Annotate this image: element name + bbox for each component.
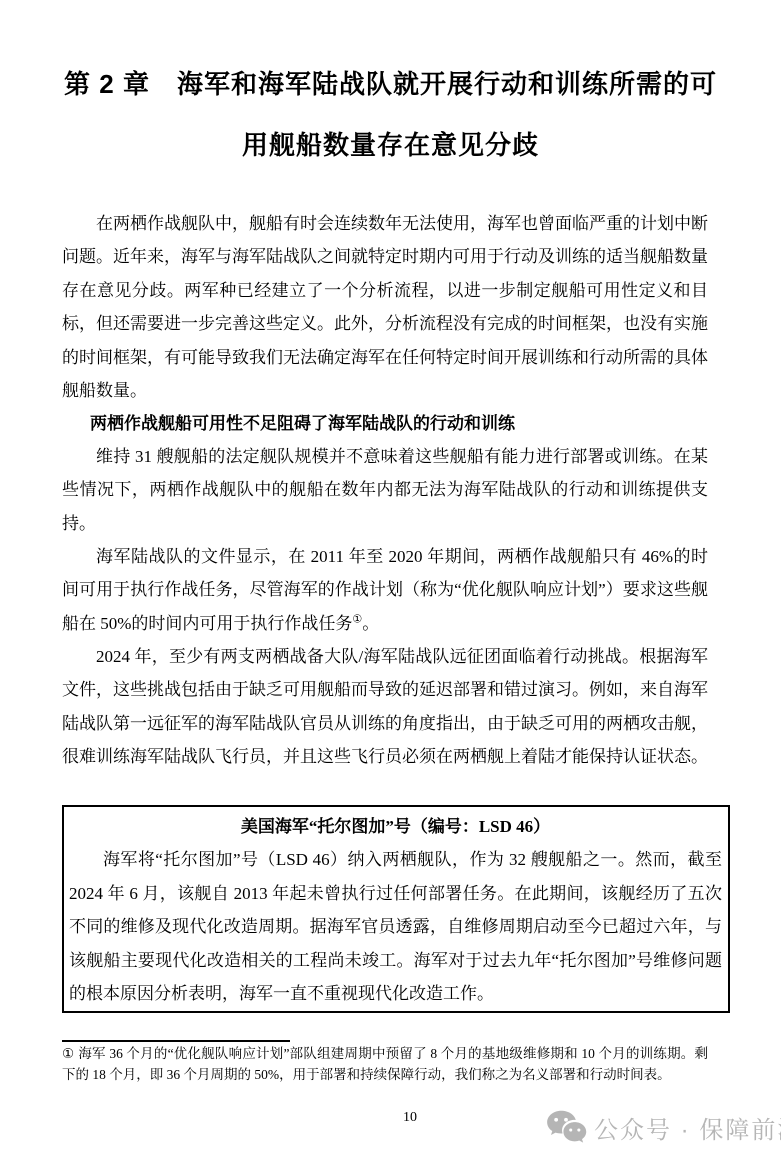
chapter-title: 第 2 章 海军和海军陆战队就开展行动和训练所需的可 用舰船数量存在意见分歧: [0, 54, 781, 176]
paragraph-intro: 在两栖作战舰队中，舰船有时会连续数年无法使用，海军也曾面临严重的计划中断问题。近…: [62, 207, 708, 407]
watermark-text: 公众号 · 保障前沿: [594, 1110, 781, 1145]
paragraph-availability-text: 海军陆战队的文件显示，在 2011 年至 2020 年期间，两栖作战舰船只有 4…: [62, 547, 708, 633]
footnote-reference-marker: ①: [352, 613, 362, 625]
chapter-title-line-1: 第 2 章 海军和海军陆战队就开展行动和训练所需的可: [0, 54, 781, 115]
watermark: 公众号 · 保障前沿: [545, 1109, 781, 1145]
case-study-box-body: 海军将“托尔图加”号（LSD 46）纳入两栖舰队，作为 32 艘舰船之一。然而，…: [69, 843, 722, 1010]
wechat-icon: [545, 1109, 587, 1145]
document-page: 第 2 章 海军和海军陆战队就开展行动和训练所需的可 用舰船数量存在意见分歧 在…: [0, 0, 781, 1161]
section-heading: 两栖作战舰船可用性不足阻碍了海军陆战队的行动和训练: [62, 407, 708, 440]
footnote: ①海军 36 个月的“优化舰队响应计划”部队组建周期中预留了 8 个月的基地级维…: [62, 1044, 708, 1085]
paragraph-availability-period: 。: [362, 614, 379, 633]
paragraph-availability: 海军陆战队的文件显示，在 2011 年至 2020 年期间，两栖作战舰船只有 4…: [62, 540, 708, 640]
case-study-box: 美国海军“托尔图加”号（编号：LSD 46） 海军将“托尔图加”号（LSD 46…: [62, 805, 730, 1013]
case-study-box-title: 美国海军“托尔图加”号（编号：LSD 46）: [69, 810, 722, 843]
footnote-marker: ①: [62, 1046, 74, 1061]
paragraph-fleet-size: 维持 31 艘舰船的法定舰队规模并不意味着这些舰船有能力进行部署或训练。在某些情…: [62, 440, 708, 540]
paragraph-2024-challenges: 2024 年，至少有两支两栖战备大队/海军陆战队远征团面临着行动挑战。根据海军文…: [62, 640, 708, 774]
footnote-separator: [62, 1040, 290, 1042]
footnote-text: 海军 36 个月的“优化舰队响应计划”部队组建周期中预留了 8 个月的基地级维修…: [62, 1046, 708, 1082]
chapter-title-line-2: 用舰船数量存在意见分歧: [0, 115, 781, 176]
